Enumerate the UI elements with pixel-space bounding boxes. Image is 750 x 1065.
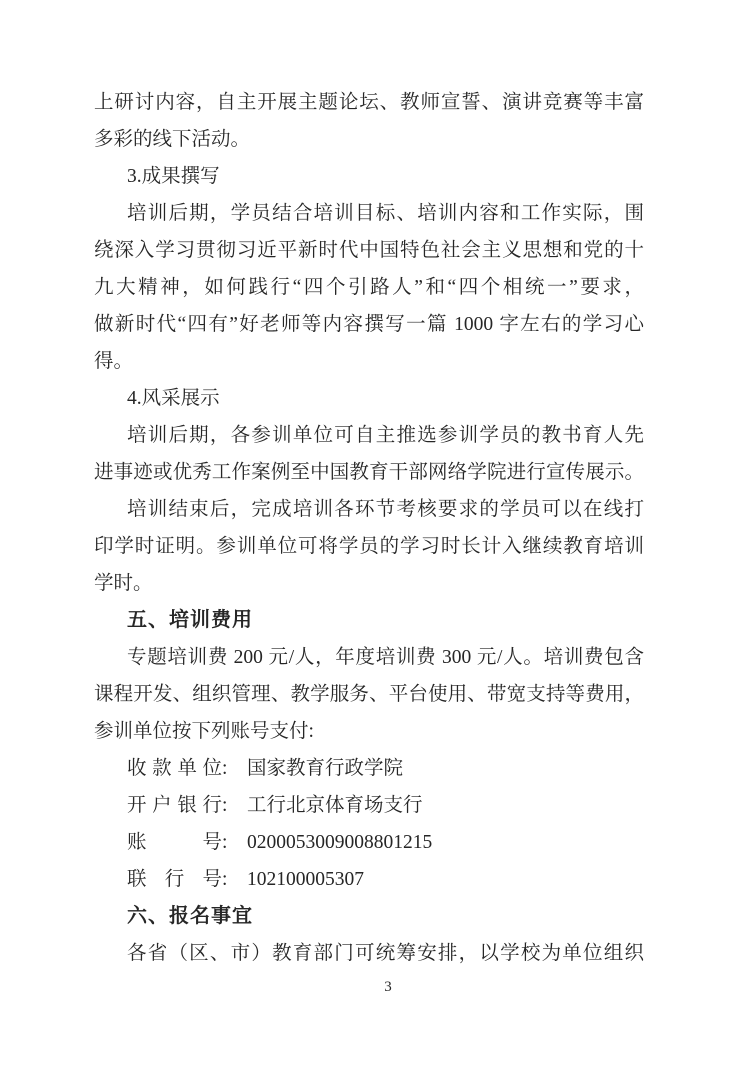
payment-row: 收款单位:国家教育行政学院 (94, 750, 644, 787)
text-line: 培训后期，学员结合培训目标、培训内容和工作实际，围 (94, 195, 644, 232)
payment-label: 开户银行 (127, 787, 222, 824)
text-line: 做新时代“四有”好老师等内容撰写一篇 1000 字左右的学习心 (94, 306, 644, 343)
document-page: 上研讨内容，自主开展主题论坛、教师宣誓、演讲竞赛等丰富 多彩的线下活动。 3.成… (0, 0, 750, 1065)
payment-value: 0200053009008801215 (247, 832, 432, 853)
item3-heading: 3.成果撰写 (94, 158, 644, 195)
item4-heading: 4.风采展示 (94, 380, 644, 417)
text-line: 绕深入学习贯彻习近平新时代中国特色社会主义思想和党的十 (94, 232, 644, 269)
payment-colon: : (222, 861, 247, 898)
section6-heading: 六、报名事宜 (94, 898, 644, 935)
payment-colon: : (222, 750, 247, 787)
page-body: 上研讨内容，自主开展主题论坛、教师宣誓、演讲竞赛等丰富 多彩的线下活动。 3.成… (94, 84, 644, 972)
payment-label: 收款单位 (127, 750, 222, 787)
payment-value: 国家教育行政学院 (247, 758, 403, 779)
text-line: 进事迹或优秀工作案例至中国教育干部网络学院进行宣传展示。 (94, 454, 644, 491)
payment-value: 工行北京体育场支行 (247, 795, 423, 816)
text-line: 上研讨内容，自主开展主题论坛、教师宣誓、演讲竞赛等丰富 (94, 84, 644, 121)
payment-value: 102100005307 (247, 869, 364, 890)
text-line: 培训后期，各参训单位可自主推选参训学员的教书育人先 (94, 417, 644, 454)
text-line: 九大精神，如何践行“四个引路人”和“四个相统一”要求， (94, 269, 644, 306)
text-line: 专题培训费 200 元/人，年度培训费 300 元/人。培训费包含 (94, 639, 644, 676)
payment-label: 账号 (127, 824, 222, 861)
payment-colon: : (222, 824, 247, 861)
payment-row: 账号:0200053009008801215 (94, 824, 644, 861)
text-line: 培训结束后，完成培训各环节考核要求的学员可以在线打 (94, 491, 644, 528)
payment-label: 联行号 (127, 861, 222, 898)
page-number: 3 (0, 969, 750, 1006)
text-line: 学时。 (94, 565, 644, 602)
text-line: 各省（区、市）教育部门可统筹安排，以学校为单位组织 (94, 935, 644, 972)
text-line: 参训单位按下列账号支付: (94, 713, 644, 750)
text-line: 得。 (94, 343, 644, 380)
text-line: 课程开发、组织管理、教学服务、平台使用、带宽支持等费用， (94, 676, 644, 713)
text-line: 印学时证明。参训单位可将学员的学习时长计入继续教育培训 (94, 528, 644, 565)
payment-colon: : (222, 787, 247, 824)
text-line: 多彩的线下活动。 (94, 121, 644, 158)
payment-row: 开户银行:工行北京体育场支行 (94, 787, 644, 824)
payment-row: 联行号:102100005307 (94, 861, 644, 898)
section5-heading: 五、培训费用 (94, 602, 644, 639)
